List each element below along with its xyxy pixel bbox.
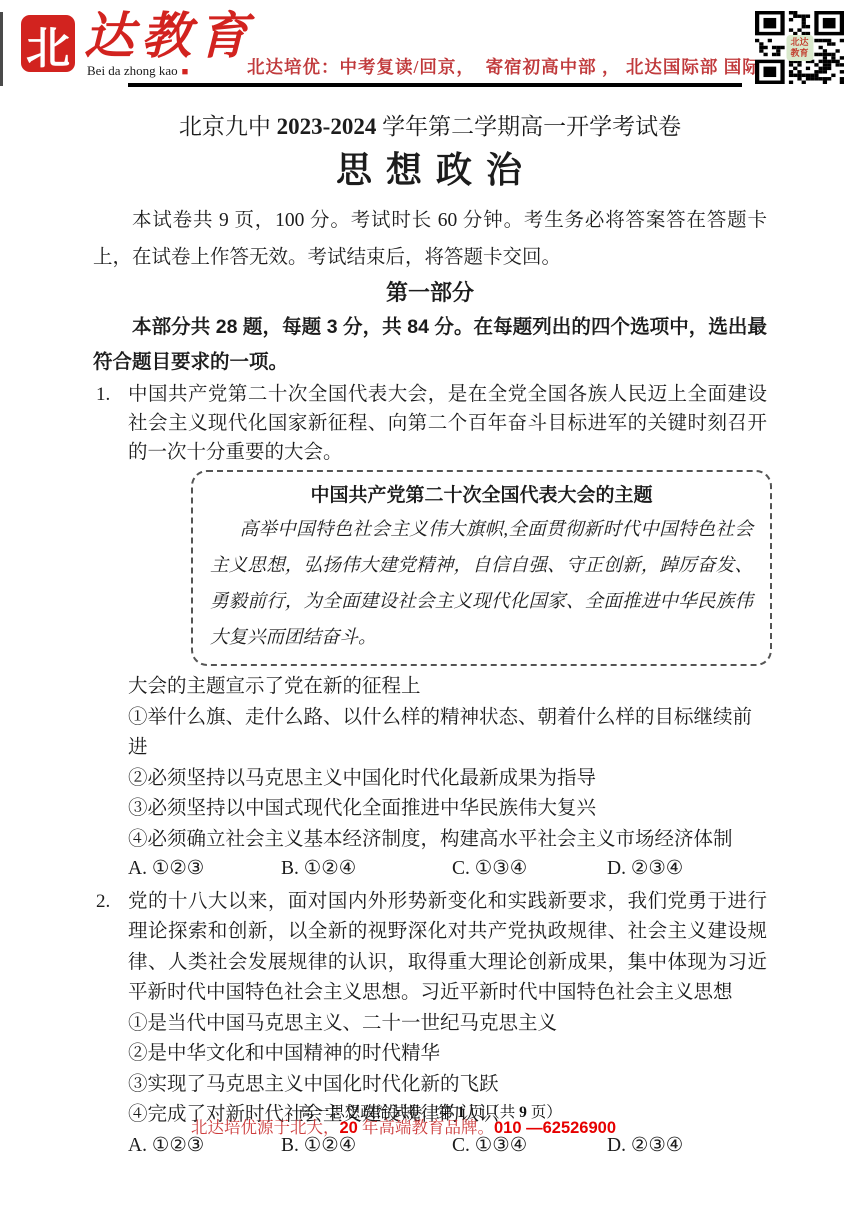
- choices-row: A. ①②③ B. ①②④ C. ①③④ D. ②③④: [128, 854, 767, 885]
- subject-title: 思 想 政 治: [93, 146, 767, 194]
- part-instructions: 本部分共 28 题，每题 3 分，共 84 分。在每题列出的四个选项中，选出最符…: [93, 310, 767, 380]
- part-heading: 第一部分: [93, 276, 767, 310]
- scan-artifact: [0, 12, 3, 86]
- promo-line: 北达培优源于北大，20 年高端教育品牌。010 —62526900: [191, 1118, 616, 1138]
- choice-b: B. ①②④: [281, 854, 452, 885]
- option-item: ③必须坚持以中国式现代化全面推进中华民族伟大复兴: [128, 793, 767, 824]
- question-number: 1.: [96, 380, 110, 409]
- theme-box-body: 高举中国特色社会主义伟大旗帜,全面贯彻新时代中国特色社会主义思想，弘扬伟大建党精…: [210, 512, 753, 656]
- exam-notice: 本试卷共 9 页，100 分。考试时长 60 分钟。考生务必将答案答在答题卡上，…: [93, 202, 767, 276]
- promo-brand: 年高端教育品牌。: [358, 1118, 494, 1137]
- promo-text: 北达培优源于北大，: [191, 1118, 340, 1137]
- question-1: 1. 中国共产党第二十次全国代表大会，是在全党全国各族人民迈上全面建设社会主义现…: [93, 380, 767, 885]
- brand-seal-icon: 北: [21, 15, 75, 72]
- promo-years: 20: [340, 1119, 358, 1137]
- exam-title: 北京九中 2023-2024 学年第二学期高一开学考试卷: [93, 112, 767, 142]
- exam-paper: 北京九中 2023-2024 学年第二学期高一开学考试卷 思 想 政 治 本试卷…: [93, 106, 767, 1161]
- question-stem: 中国共产党第二十次全国代表大会，是在全党全国各族人民迈上全面建设社会主义现代化国…: [128, 380, 767, 467]
- question-number: 2.: [96, 887, 110, 918]
- header-slogan: 北达培优：中考复读/回京， 寄宿初高中部 ， 北达国际部 国际竞赛部: [247, 56, 816, 78]
- brand-tagline: Bei da zhong kao■: [87, 63, 188, 79]
- red-square-icon: ■: [182, 66, 189, 78]
- qr-code: 北达教育: [755, 11, 844, 84]
- brand-name: 达教育: [84, 8, 255, 64]
- title-school: 北京九中: [179, 114, 277, 139]
- option-item: ④必须确立社会主义基本经济制度，构建高水平社会主义市场经济体制: [128, 824, 767, 855]
- theme-box-title: 中国共产党第二十次全国代表大会的主题: [210, 480, 753, 512]
- qr-center-badge: 北达教育: [786, 35, 813, 61]
- option-item: ②是中华文化和中国精神的时代精华: [128, 1039, 767, 1070]
- seal-character: 北: [26, 12, 70, 76]
- choice-d: D. ②③④: [607, 1131, 683, 1162]
- option-item: ③实现了马克思主义中国化时代化新的飞跃: [128, 1070, 767, 1101]
- option-item: ①是当代中国马克思主义、二十一世纪马克思主义: [128, 1009, 767, 1040]
- header-rule: [128, 83, 742, 87]
- choice-a: A. ①②③: [128, 854, 281, 885]
- choice-d: D. ②③④: [607, 854, 683, 885]
- choice-c: C. ①③④: [452, 854, 607, 885]
- question-lead: 大会的主题宣示了党在新的征程上: [128, 671, 767, 702]
- option-item: ①举什么旗、走什么路、以什么样的精神状态、朝着什么样的目标继续前进: [128, 702, 767, 763]
- title-rest: 学年第二学期高一开学考试卷: [376, 114, 681, 139]
- promo-phone: 010 —62526900: [494, 1119, 616, 1137]
- theme-box: 中国共产党第二十次全国代表大会的主题 高举中国特色社会主义伟大旗帜,全面贯彻新时…: [191, 470, 772, 666]
- option-item: ②必须坚持以马克思主义中国化时代化最新成果为指导: [128, 763, 767, 794]
- question-stem: 党的十八大以来，面对国内外形势新变化和实践新要求，我们党勇于进行理论探索和创新，…: [128, 887, 767, 1009]
- title-year: 2023-2024: [277, 114, 377, 139]
